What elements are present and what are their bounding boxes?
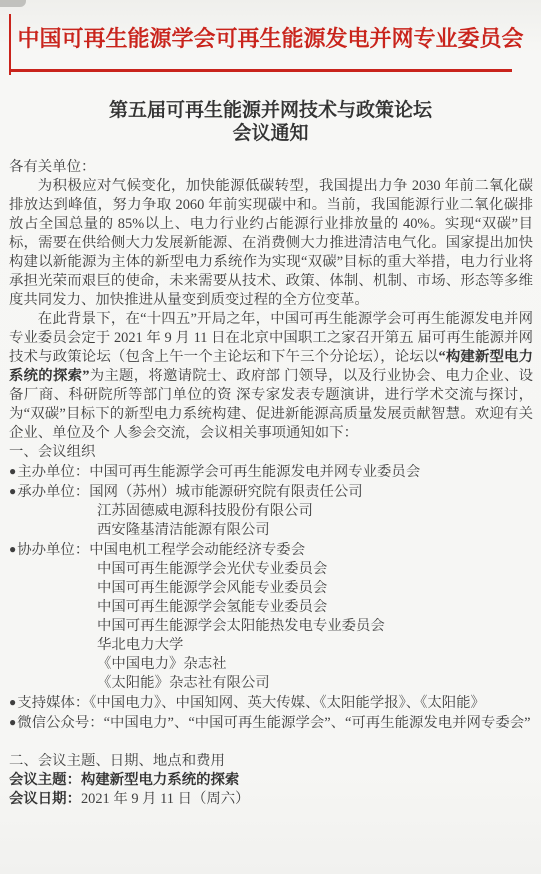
- org-value: 中国可再生能源学会光伏专业委员会: [9, 560, 533, 579]
- blank-line: [9, 733, 533, 752]
- org-item: ●主办单位：中国可再生能源学会可再生能源发电并网专业委员会: [9, 462, 533, 482]
- org-value: 中国可再生能源学会太阳能热发电专业委员会: [9, 617, 533, 636]
- document-title: 第五届可再生能源并网技术与政策论坛: [0, 99, 541, 122]
- org-value: 《中国电力》杂志社: [9, 655, 533, 674]
- bullet-icon: ●: [9, 484, 17, 498]
- org-item: ●协办单位：中国电机工程学会动能经济专委会中国可再生能源学会光伏专业委员会中国可…: [9, 540, 533, 693]
- org-label: 协办单位：: [17, 542, 89, 558]
- letterhead-title: 中国可再生能源学会可再生能源发电并网专业委员会: [16, 22, 525, 55]
- bullet-icon: ●: [9, 715, 17, 729]
- document-body: 各有关单位：为积极应对气候变化，加快能源低碳转型，我国提出力争 2030 年前二…: [9, 158, 533, 809]
- org-first-line: ●协办单位：中国电机工程学会动能经济专委会: [9, 540, 533, 560]
- media-item: ●微信公众号：“中国电力”、“中国可再生能源学会”、“可再生能源发电并网专委会”: [9, 713, 533, 733]
- kv-label: 会议主题：: [9, 772, 81, 788]
- paragraph: 为积极应对气候变化，加快能源低碳转型，我国提出力争 2030 年前二氧化碳排放达…: [9, 177, 533, 310]
- org-value: 中国电机工程学会动能经济专委会: [89, 542, 305, 558]
- red-left-mark: [9, 14, 11, 75]
- kv-value: 2021 年 9 月 11 日（周六）: [81, 791, 250, 807]
- paragraph: 在此背景下，在“十四五”开局之年，中国可再生能源学会可再生能源发电并网专业委员会…: [9, 310, 533, 443]
- section-heading: 一、会议组织: [9, 443, 533, 462]
- org-first-line: ●承办单位：国网（苏州）城市能源研究院有限责任公司: [9, 482, 533, 502]
- section-heading: 二、会议主题、日期、地点和费用: [9, 752, 533, 771]
- kv-line: 会议日期：2021 年 9 月 11 日（周六）: [9, 790, 533, 809]
- org-item: ●承办单位：国网（苏州）城市能源研究院有限责任公司江苏固德威电源科技股份有限公司…: [9, 482, 533, 540]
- flow-label: 微信公众号：: [17, 715, 103, 731]
- org-value: 中国可再生能源学会可再生能源发电并网专业委员会: [89, 464, 420, 480]
- org-first-line: ●主办单位：中国可再生能源学会可再生能源发电并网专业委员会: [9, 462, 533, 482]
- org-value: 西安隆基清洁能源有限公司: [9, 521, 533, 540]
- org-value: 中国可再生能源学会氢能专业委员会: [9, 598, 533, 617]
- document-page: 中国可再生能源学会可再生能源发电并网专业委员会 第五届可再生能源并网技术与政策论…: [0, 0, 541, 874]
- text-segment: 为积极应对气候变化，加快能源低碳转型，我国提出力争 2030 年前二氧化碳排放达…: [9, 178, 533, 308]
- kv-value: 构建新型电力系统的探索: [81, 772, 239, 788]
- kv-line: 会议主题：构建新型电力系统的探索: [9, 771, 533, 790]
- flow-text: “中国电力”、“中国可再生能源学会”、“可再生能源发电并网专委会”: [104, 715, 531, 731]
- org-label: 承办单位：: [17, 484, 89, 500]
- org-value: 华北电力大学: [9, 636, 533, 655]
- bullet-icon: ●: [9, 695, 17, 709]
- org-value: 中国可再生能源学会风能专业委员会: [9, 579, 533, 598]
- flow-text: 《中国电力》、中国知网、英大传媒、《太阳能学报》、《太阳能》: [89, 695, 485, 711]
- org-value: 国网（苏州）城市能源研究院有限责任公司: [89, 484, 362, 500]
- org-value: 江苏固德威电源科技股份有限公司: [9, 502, 533, 521]
- org-label: 主办单位：: [17, 464, 89, 480]
- section-heading: 各有关单位：: [9, 158, 533, 177]
- media-item: ●支持媒体：《中国电力》、中国知网、英大传媒、《太阳能学报》、《太阳能》: [9, 693, 533, 713]
- kv-label: 会议日期：: [9, 791, 81, 807]
- document-subtitle: 会议通知: [0, 122, 541, 145]
- letterhead-rule: [9, 69, 512, 72]
- org-value: 《太阳能》杂志社有限公司: [9, 674, 533, 693]
- bullet-icon: ●: [9, 464, 17, 478]
- photo-corner-smudge: [0, 0, 26, 7]
- bullet-icon: ●: [9, 542, 17, 556]
- flow-label: 支持媒体：: [17, 695, 89, 711]
